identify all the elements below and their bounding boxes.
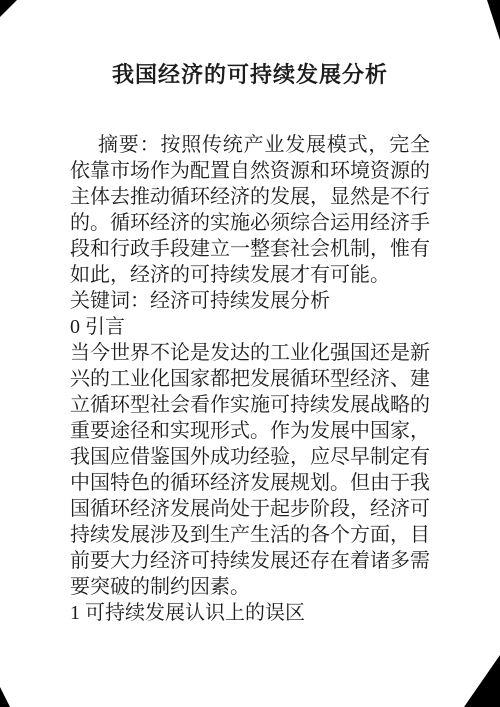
abstract-paragraph: 摘要：按照传统产业发展模式，完全依靠市场作为配置自然资源和环境资源的主体去推动循… — [70, 132, 430, 288]
page-title: 我国经济的可持续发展分析 — [0, 0, 500, 88]
section-0-body: 当今世界不论是发达的工业化强国还是新兴的工业化国家都把发展循环型经济、建立循环型… — [70, 340, 430, 600]
scan-corner-bottom-left-mark — [0, 687, 10, 707]
document-body: 摘要：按照传统产业发展模式，完全依靠市场作为配置自然资源和环境资源的主体去推动循… — [70, 132, 430, 626]
section-0-heading: 0 引言 — [70, 314, 430, 340]
keywords-line: 关键词：经济可持续发展分析 — [70, 288, 430, 314]
document-page: 我国经济的可持续发展分析 摘要：按照传统产业发展模式，完全依靠市场作为配置自然资… — [0, 0, 500, 707]
scan-corner-bottom-right-mark — [464, 655, 500, 707]
section-1-heading: 1 可持续发展认识上的误区 — [70, 600, 430, 626]
